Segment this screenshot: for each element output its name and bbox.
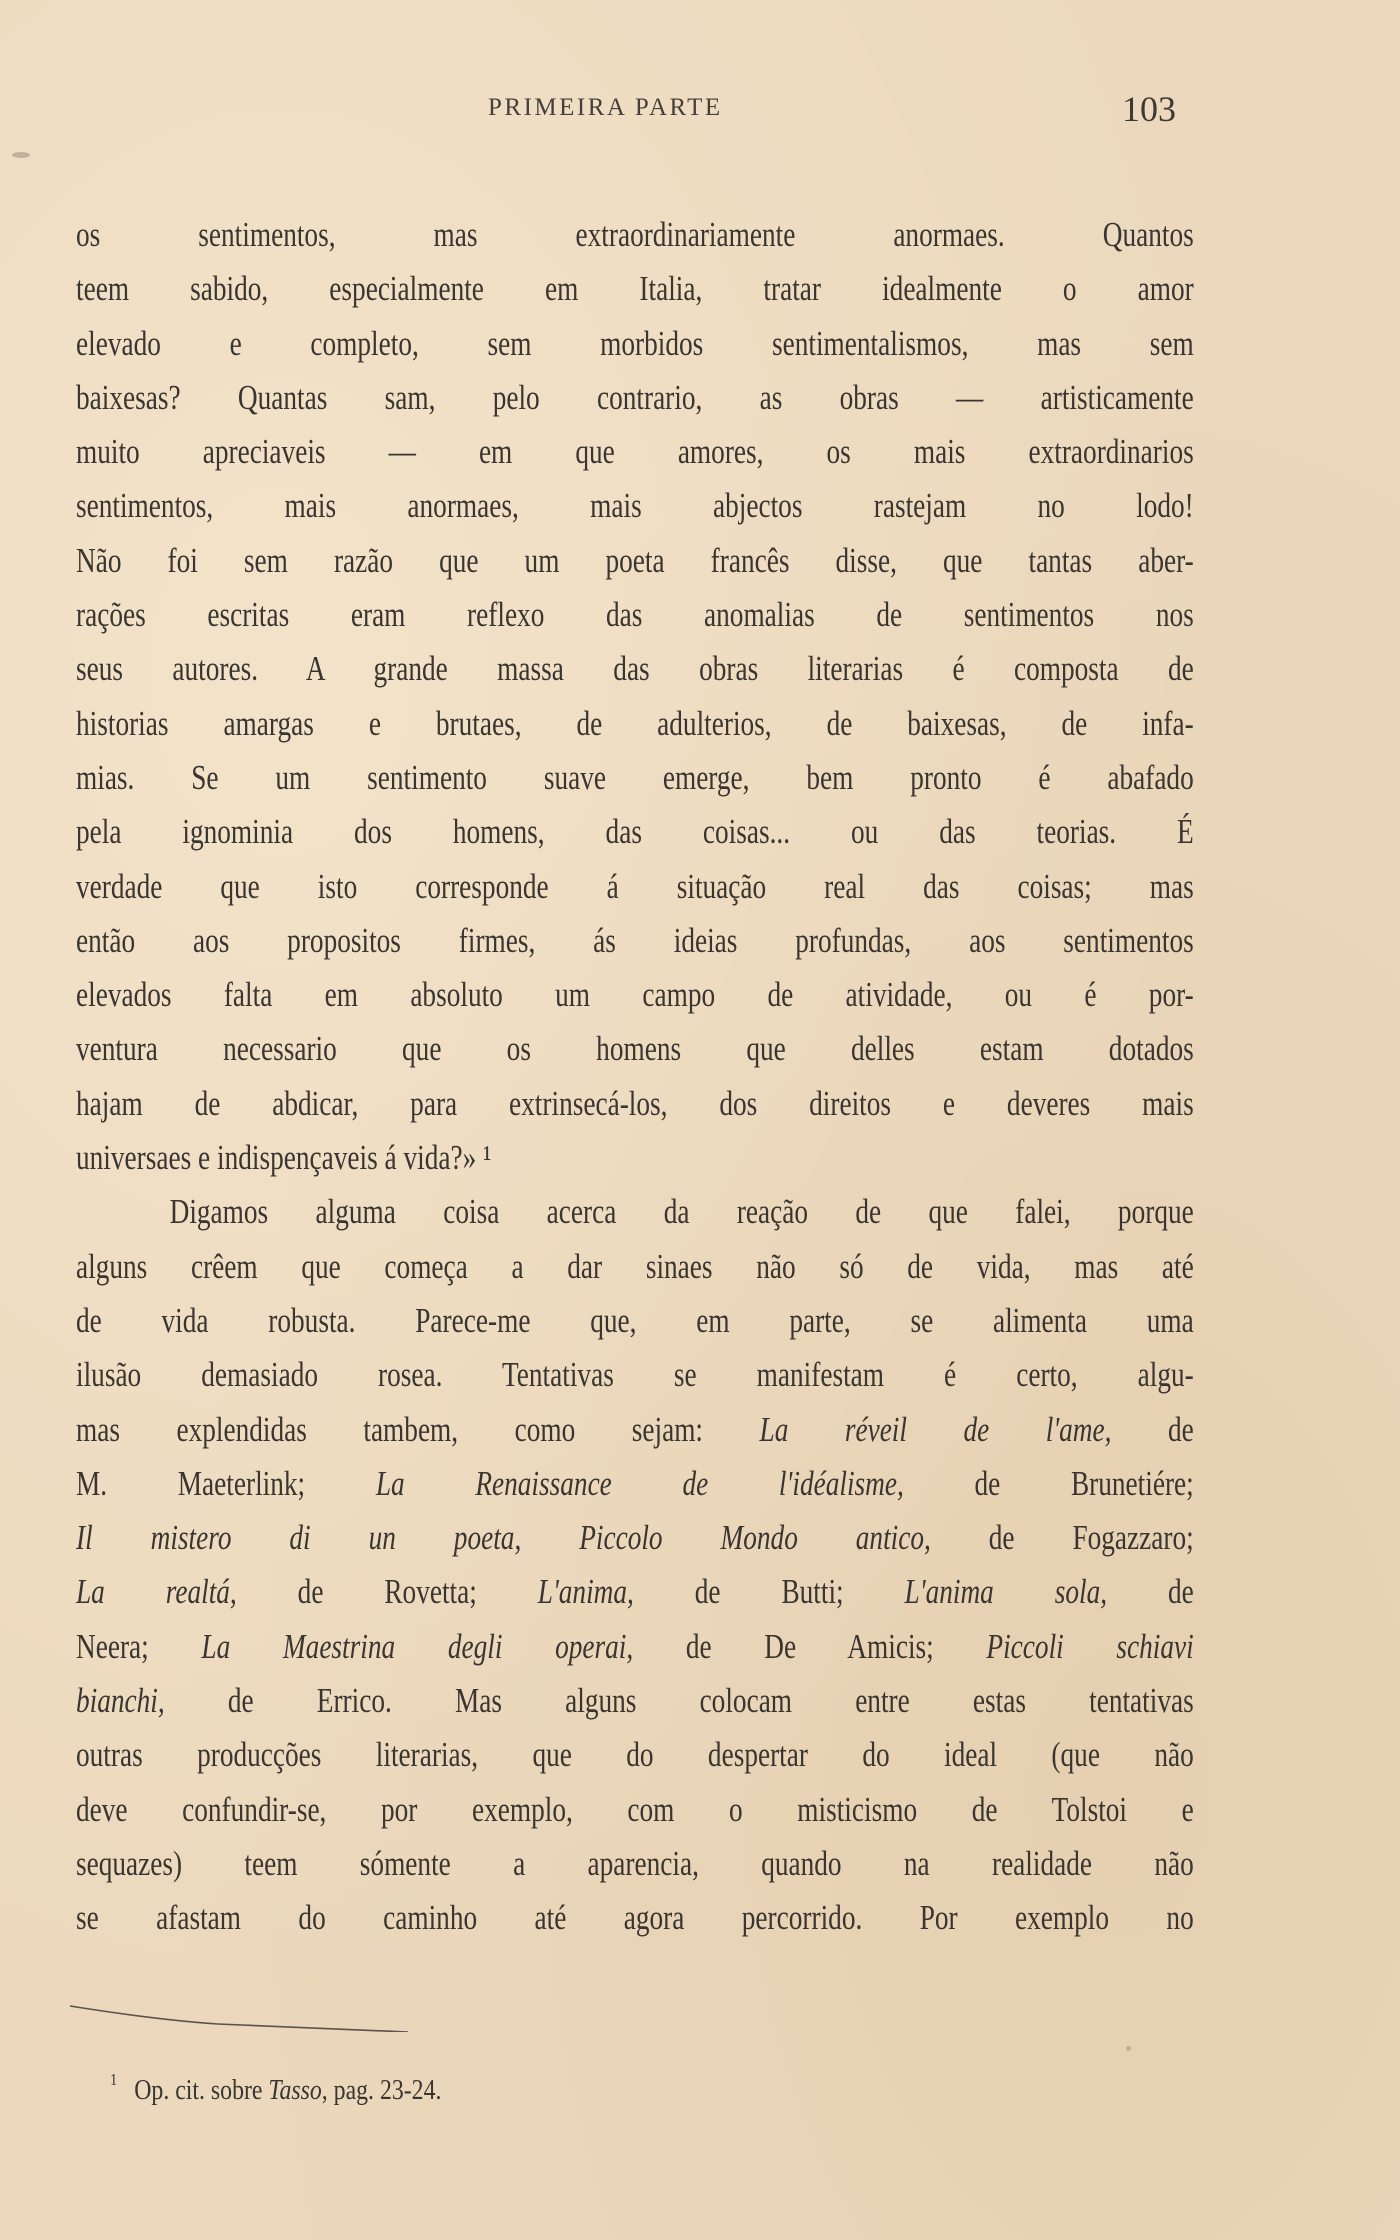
footnote-separator-rule xyxy=(68,2002,408,2032)
text-line-with-title: Neera; La Maestrina degli operai, de De … xyxy=(76,1620,1194,1674)
work-title: La Maestrina degli operai, xyxy=(201,1627,633,1666)
text-line: se afastam do caminho até agora percorri… xyxy=(76,1891,1194,1945)
text-line: ilusão demasiado rosea. Tentativas se ma… xyxy=(76,1348,1194,1402)
work-title: La realtá, xyxy=(76,1572,237,1611)
running-title: PRIMEIRA PARTE xyxy=(488,94,723,122)
text-line: os sentimentos, mas extraordinariamente … xyxy=(76,208,1194,262)
paper-speck xyxy=(1126,2046,1131,2051)
text-line: ventura necessario que os homens que del… xyxy=(76,1022,1194,1076)
paragraph-start-line: Digamos alguma coisa acerca da reação de… xyxy=(76,1185,1194,1239)
text-line: sentimentos, mais anormaes, mais abjecto… xyxy=(76,479,1194,533)
text-line: muito apreciaveis — em que amores, os ma… xyxy=(76,425,1194,479)
work-title: bianchi, xyxy=(76,1681,165,1720)
footnote: 1Op. cit. sobre Tasso, pag. 23-24. xyxy=(110,2070,441,2107)
page-number: 103 xyxy=(1122,88,1176,130)
text-line-with-title: mas explendidas tambem, como sejam: La r… xyxy=(76,1403,1194,1457)
work-title: Piccoli schiavi xyxy=(986,1627,1193,1666)
work-title: La Renaissance de l'idéalisme, xyxy=(376,1464,904,1503)
text-line: outras producções literarias, que do des… xyxy=(76,1728,1194,1782)
text-line: pela ignominia dos homens, das coisas...… xyxy=(76,805,1194,859)
text-line: Não foi sem razão que um poeta francês d… xyxy=(76,534,1194,588)
text-line: sequazes) teem sómente a aparencia, quan… xyxy=(76,1837,1194,1891)
text-line: historias amargas e brutaes, de adulteri… xyxy=(76,697,1194,751)
text-line: seus autores. A grande massa das obras l… xyxy=(76,642,1194,696)
work-title: La réveil de l'ame, xyxy=(760,1410,1112,1449)
text-line-with-title: La realtá, de Rovetta; L'anima, de Butti… xyxy=(76,1565,1194,1619)
running-header: PRIMEIRA PARTE 103 xyxy=(0,88,1400,128)
text-line: hajam de abdicar, para extrinsecá-los, d… xyxy=(76,1077,1194,1131)
text-line-with-title: bianchi, de Errico. Mas alguns colocam e… xyxy=(76,1674,1194,1728)
work-title: L'anima, xyxy=(538,1572,634,1611)
text-line: verdade que isto corresponde á situação … xyxy=(76,860,1194,914)
text-line: então aos propositos firmes, ás ideias p… xyxy=(76,914,1194,968)
work-title: Il mistero di un poeta, Piccolo Mondo an… xyxy=(76,1518,931,1557)
paper-speck xyxy=(12,152,30,158)
text-line: alguns crêem que começa a dar sinaes não… xyxy=(76,1240,1194,1294)
text-line: deve confundir-se, por exemplo, com o mi… xyxy=(76,1783,1194,1837)
text-line-with-title: Il mistero di un poeta, Piccolo Mondo an… xyxy=(76,1511,1194,1565)
text-line: teem sabido, especialmente em Italia, tr… xyxy=(76,262,1194,316)
work-title: L'anima sola, xyxy=(905,1572,1108,1611)
text-line-quote-end: universaes e indispençaveis á vida?» ¹ xyxy=(76,1131,1194,1185)
text-line: elevados falta em absoluto um campo de a… xyxy=(76,968,1194,1022)
body-text: os sentimentos, mas extraordinariamente … xyxy=(76,208,1194,1946)
text-line: baixesas? Quantas sam, pelo contrario, a… xyxy=(76,371,1194,425)
book-page: PRIMEIRA PARTE 103 os sentimentos, mas e… xyxy=(0,0,1400,2240)
text-line-with-title: M. Maeterlink; La Renaissance de l'idéal… xyxy=(76,1457,1194,1511)
footnote-marker: 1 xyxy=(110,2070,117,2089)
text-line: elevado e completo, sem morbidos sentime… xyxy=(76,317,1194,371)
text-line: rações escritas eram reflexo das anomali… xyxy=(76,588,1194,642)
text-line: mias. Se um sentimento suave emerge, bem… xyxy=(76,751,1194,805)
work-title: Tasso xyxy=(268,2075,321,2106)
text-line: de vida robusta. Parece-me que, em parte… xyxy=(76,1294,1194,1348)
